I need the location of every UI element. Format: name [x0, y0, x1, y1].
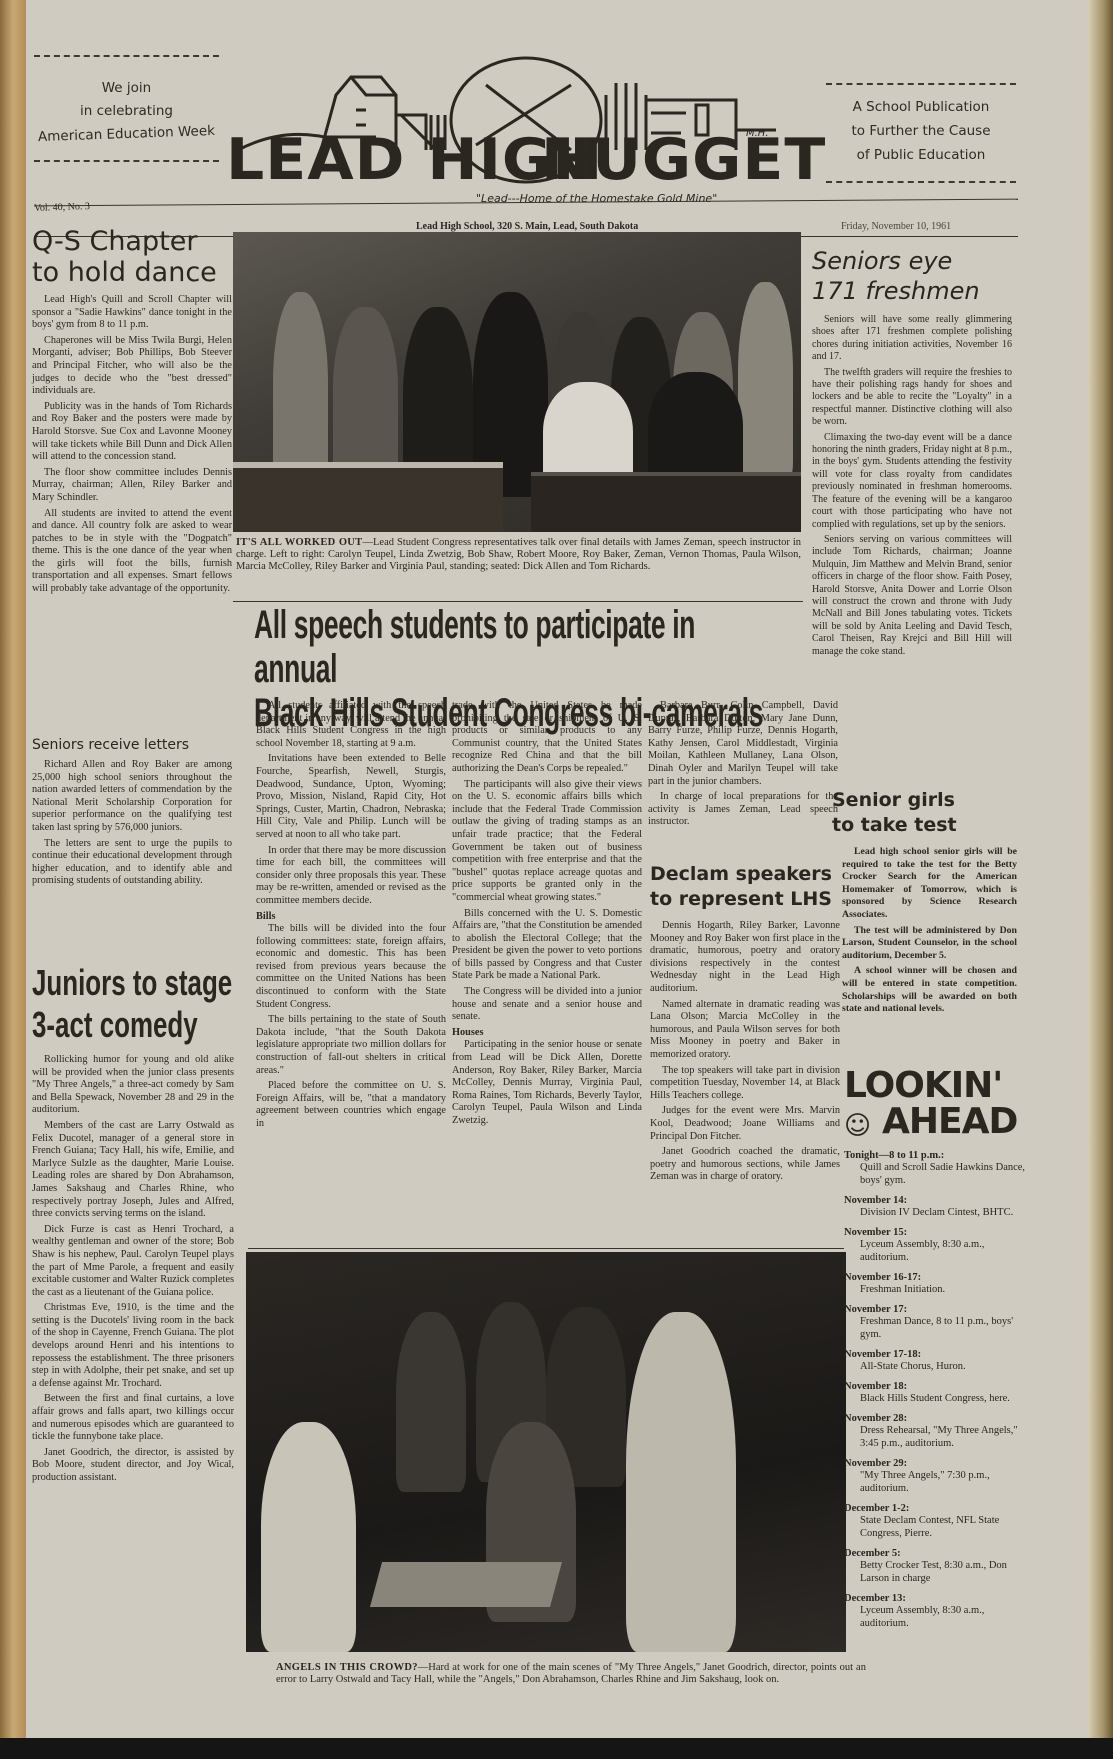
event-desc: Black Hills Student Congress, here.	[844, 1392, 1034, 1405]
event-date: November 15:	[844, 1227, 1034, 1238]
lookin-ahead-title: LOOKIN' ☺ AHEAD	[844, 1068, 1034, 1140]
desk	[531, 472, 801, 532]
paragraph: The Congress will be divided into a juni…	[452, 986, 642, 1024]
section-rule	[248, 1248, 844, 1249]
article-declam: Declam speakers to represent LHS Dennis …	[650, 862, 840, 1187]
paragraph: trade with the United States be made pro…	[452, 700, 642, 776]
headline-line: 3-act comedy	[32, 1004, 234, 1046]
section-rule	[233, 601, 803, 602]
table	[370, 1562, 562, 1607]
event-desc: Quill and Scroll Sadie Hawkins Dance, bo…	[844, 1161, 1034, 1187]
event-date: December 5:	[844, 1548, 1034, 1559]
headline: Declam speakers to represent LHS	[650, 862, 840, 912]
headline-line: Senior girls	[832, 788, 1017, 813]
person-silhouette	[738, 282, 793, 482]
issue-date: Friday, November 10, 1961	[841, 221, 951, 232]
page-edge	[1088, 0, 1113, 1759]
tagline-line: A School Publication	[826, 95, 1016, 119]
masthead-left-box: We join in celebrating American Educatio…	[34, 55, 219, 162]
event-desc: State Declam Contest, NFL State Congress…	[844, 1514, 1034, 1540]
subhead: Bills	[256, 911, 446, 924]
paragraph: Dick Furze is cast as Henri Trochard, a …	[32, 1224, 234, 1300]
paragraph: Janet Goodrich coached the dramatic, poe…	[650, 1146, 840, 1184]
caption-lead: ANGELS IN THIS CROWD?	[276, 1662, 418, 1673]
headline-line: Juniors to stage	[32, 962, 234, 1004]
paragraph: Placed before the committee on U. S. For…	[256, 1080, 446, 1130]
paragraph: The top speakers will take part in divis…	[650, 1065, 840, 1103]
article-body: Richard Allen and Roy Baker are among 25…	[32, 759, 232, 888]
paragraph: Barbara Burr, Colin Campbell, David Dupr…	[648, 700, 838, 788]
paragraph: Participating in the senior house or sen…	[452, 1039, 642, 1127]
volume-number: Vol. 40, No. 3	[34, 201, 90, 214]
headline-line: to represent LHS	[650, 887, 840, 912]
article-body: Lead high school senior girls will be re…	[832, 846, 1017, 1016]
masthead-logo: LEAD HIGH NUGGET M.H. "Lead---Home of th…	[226, 55, 836, 205]
paragraph: Chaperones will be Miss Twila Burgi, Hel…	[32, 335, 232, 398]
scan-border	[0, 1738, 1113, 1759]
event-date: Tonight—8 to 11 p.m.:	[844, 1150, 1034, 1161]
paragraph: Janet Goodrich, the director, is assiste…	[32, 1447, 234, 1485]
paragraph: The bills pertaining to the state of Sou…	[256, 1014, 446, 1077]
headline-line: Seniors eye	[812, 246, 1012, 276]
event-date: November 17-18:	[844, 1349, 1034, 1360]
slogan-line: in celebrating	[34, 100, 219, 123]
event-desc: Betty Crocker Test, 8:30 a.m., Don Larso…	[844, 1559, 1034, 1585]
slogan-line: American Education Week	[34, 120, 220, 149]
event-date: November 17:	[844, 1304, 1034, 1315]
event-item: November 18:Black Hills Student Congress…	[844, 1381, 1034, 1405]
paragraph: The twelfth graders will require the fre…	[812, 367, 1012, 429]
paragraph: Publicity was in the hands of Tom Richar…	[32, 401, 232, 464]
paragraph: Lead high school senior girls will be re…	[842, 846, 1017, 922]
desk	[233, 462, 503, 532]
event-date: November 28:	[844, 1413, 1034, 1424]
paragraph: Richard Allen and Roy Baker are among 25…	[32, 759, 232, 835]
headline: Seniors eye 171 freshmen	[812, 246, 1012, 306]
caption-lead: IT'S ALL WORKED OUT	[236, 537, 363, 548]
paragraph: Named alternate in dramatic reading was …	[650, 999, 840, 1062]
headline: Seniors receive letters	[32, 737, 232, 753]
photo-caption: IT'S ALL WORKED OUT—Lead Student Congres…	[236, 537, 801, 573]
article-body: Lead High's Quill and Scroll Chapter wil…	[32, 294, 232, 596]
paragraph: Members of the cast are Larry Ostwald as…	[32, 1120, 234, 1221]
title-line: LOOKIN'	[844, 1068, 1034, 1104]
headline: Juniors to stage 3-act comedy	[32, 962, 234, 1046]
event-item: November 14:Division IV Declam Cintest, …	[844, 1195, 1034, 1219]
tagline-line: to Further the Cause	[826, 119, 1016, 143]
wavy-divider	[34, 160, 219, 162]
paragraph: Lead High's Quill and Scroll Chapter wil…	[32, 294, 232, 332]
newspaper-page: We join in celebrating American Educatio…	[26, 0, 1088, 1738]
paragraph: Seniors will have some really glimmering…	[812, 314, 1012, 364]
speech-column-3: Barbara Burr, Colin Campbell, David Dupr…	[648, 700, 838, 832]
slogan-line: We join	[34, 77, 219, 100]
event-date: November 14:	[844, 1195, 1034, 1206]
headline-line: to take test	[832, 813, 1017, 838]
event-date: December 13:	[844, 1593, 1034, 1604]
event-desc: Freshman Dance, 8 to 11 p.m., boys' gym.	[844, 1315, 1034, 1341]
paragraph: Climaxing the two-day event will be a da…	[812, 432, 1012, 531]
article-seniors-freshmen: Seniors eye 171 freshmen Seniors will ha…	[812, 246, 1012, 661]
subhead: Houses	[452, 1027, 642, 1040]
article-body: Seniors will have some really glimmering…	[812, 314, 1012, 658]
article-qs-chapter: Q-S Chapter to hold dance Lead High's Qu…	[32, 226, 232, 599]
speech-column-1: All students affiliated with the speech …	[256, 700, 446, 1134]
article-juniors-comedy: Juniors to stage 3-act comedy Rollicking…	[32, 962, 234, 1488]
paragraph: Seniors serving on various committees wi…	[812, 534, 1012, 658]
paragraph: The participants will also give their vi…	[452, 779, 642, 905]
event-list: Tonight—8 to 11 p.m.:Quill and Scroll Sa…	[844, 1150, 1034, 1630]
article-seniors-letters: Seniors receive letters Richard Allen an…	[32, 737, 232, 891]
headline-line: Declam speakers	[650, 862, 840, 887]
event-item: December 13:Lyceum Assembly, 8:30 a.m., …	[844, 1593, 1034, 1630]
paragraph: Judges for the event were Mrs. Marvin Ko…	[650, 1105, 840, 1143]
event-item: November 16-17:Freshman Initiation.	[844, 1272, 1034, 1296]
paragraph: All students are invited to attend the e…	[32, 508, 232, 596]
event-desc: Division IV Declam Cintest, BHTC.	[844, 1206, 1034, 1219]
paragraph: Rollicking humor for young and old alike…	[32, 1054, 234, 1117]
event-item: December 1-2:State Declam Contest, NFL S…	[844, 1503, 1034, 1540]
lookin-ahead-box: LOOKIN' ☺ AHEAD Tonight—8 to 11 p.m.:Qui…	[844, 1068, 1034, 1638]
article-body: Rollicking humor for young and old alike…	[32, 1054, 234, 1485]
title-line: AHEAD	[882, 1101, 1017, 1142]
paragraph: Dennis Hogarth, Riley Barker, Lavonne Mo…	[650, 920, 840, 996]
paragraph: The floor show committee includes Dennis…	[32, 467, 232, 505]
event-date: November 16-17:	[844, 1272, 1034, 1283]
person-silhouette	[626, 1312, 736, 1652]
masthead-right-box: A School Publication to Further the Caus…	[826, 83, 1016, 183]
paragraph: Christmas Eve, 1910, is the time and the…	[32, 1302, 234, 1390]
wavy-divider	[826, 181, 1016, 183]
book-binding	[0, 0, 26, 1759]
masthead-title-right: NUGGET	[541, 132, 826, 189]
person-silhouette	[333, 307, 398, 487]
event-item: November 15:Lyceum Assembly, 8:30 a.m., …	[844, 1227, 1034, 1264]
headline: Q-S Chapter to hold dance	[32, 226, 232, 288]
photo-student-congress	[233, 232, 801, 532]
paragraph: In order that there may be more discussi…	[256, 845, 446, 908]
paragraph: Between the first and final curtains, a …	[32, 1393, 234, 1443]
speech-column-2: trade with the United States be made pro…	[452, 700, 642, 1131]
artist-initials: M.H.	[746, 128, 769, 139]
event-date: November 29:	[844, 1458, 1034, 1469]
wavy-divider	[34, 55, 219, 57]
tagline-line: of Public Education	[826, 143, 1016, 167]
headline-line: Q-S Chapter	[32, 226, 232, 257]
event-desc: Freshman Initiation.	[844, 1283, 1034, 1296]
paragraph: Invitations have been extended to Belle …	[256, 753, 446, 841]
paragraph: The bills will be divided into the four …	[256, 923, 446, 1011]
person-silhouette	[396, 1312, 466, 1492]
event-date: November 18:	[844, 1381, 1034, 1392]
person-silhouette	[261, 1422, 356, 1652]
article-senior-girls: Senior girls to take test Lead high scho…	[832, 788, 1017, 1019]
event-desc: Lyceum Assembly, 8:30 a.m., auditorium.	[844, 1604, 1034, 1630]
headline: Senior girls to take test	[832, 788, 1017, 838]
event-item: November 28:Dress Rehearsal, "My Three A…	[844, 1413, 1034, 1450]
peeking-face-icon: ☺	[844, 1108, 870, 1144]
event-desc: Dress Rehearsal, "My Three Angels," 3:45…	[844, 1424, 1034, 1450]
wavy-divider	[826, 83, 1016, 85]
headline-line: All speech students to participate in an…	[254, 603, 769, 691]
paragraph: A school winner will be chosen and will …	[842, 965, 1017, 1015]
article-body: Dennis Hogarth, Riley Barker, Lavonne Mo…	[650, 920, 840, 1184]
title-line-wrap: ☺ AHEAD	[844, 1104, 1034, 1140]
headline-line: to hold dance	[32, 257, 232, 288]
school-address: Lead High School, 320 S. Main, Lead, Sou…	[416, 221, 638, 232]
event-item: December 5:Betty Crocker Test, 8:30 a.m.…	[844, 1548, 1034, 1585]
paragraph: All students affiliated with the speech …	[256, 700, 446, 750]
event-desc: Lyceum Assembly, 8:30 a.m., auditorium.	[844, 1238, 1034, 1264]
event-desc: "My Three Angels," 7:30 p.m., auditorium…	[844, 1469, 1034, 1495]
event-date: December 1-2:	[844, 1503, 1034, 1514]
photo-three-angels	[246, 1252, 846, 1652]
event-item: November 17:Freshman Dance, 8 to 11 p.m.…	[844, 1304, 1034, 1341]
event-item: Tonight—8 to 11 p.m.:Quill and Scroll Sa…	[844, 1150, 1034, 1187]
headline-line: 171 freshmen	[812, 276, 1012, 306]
paragraph: The letters are sent to urge the pupils …	[32, 838, 232, 888]
paragraph: In charge of local preparations for the …	[648, 791, 838, 829]
paragraph: The test will be administered by Don Lar…	[842, 925, 1017, 963]
paragraph: Bills concerned with the U. S. Domestic …	[452, 908, 642, 984]
photo-caption: ANGELS IN THIS CROWD?—Hard at work for o…	[276, 1662, 866, 1686]
event-desc: All-State Chorus, Huron.	[844, 1360, 1034, 1373]
event-item: November 17-18:All-State Chorus, Huron.	[844, 1349, 1034, 1373]
event-item: November 29:"My Three Angels," 7:30 p.m.…	[844, 1458, 1034, 1495]
